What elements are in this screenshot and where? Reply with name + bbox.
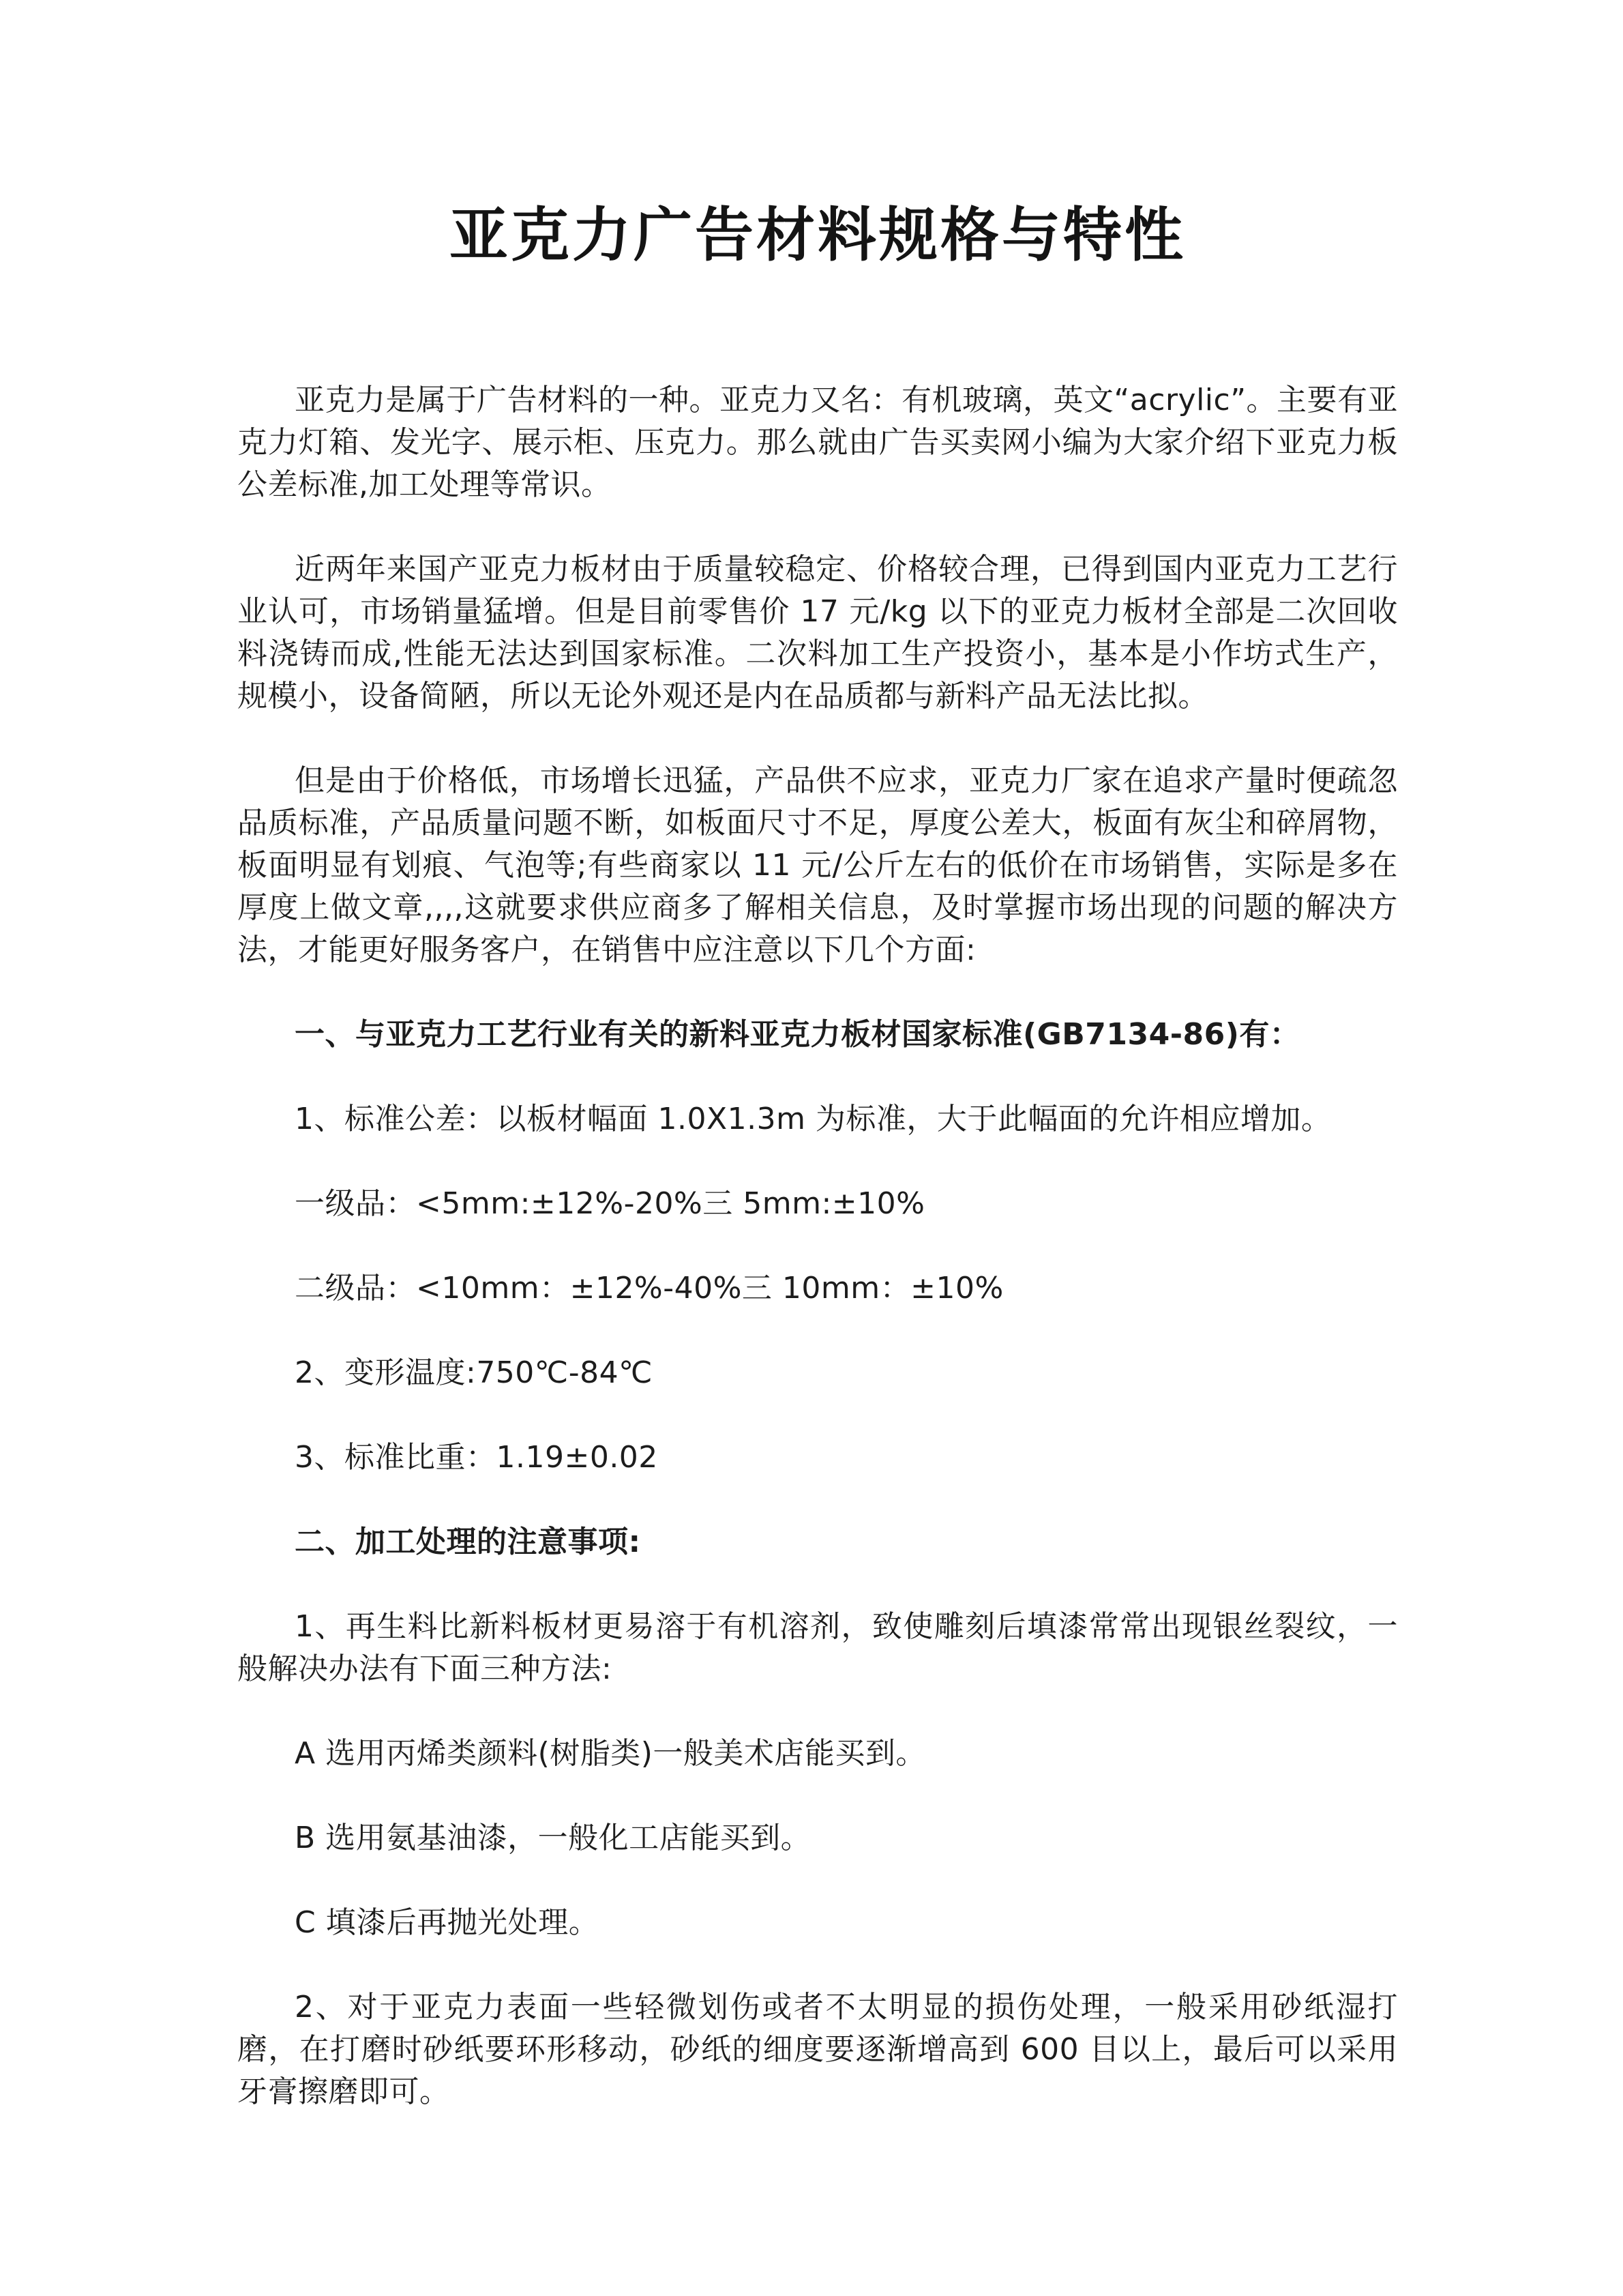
quality-issues-paragraph: 但是由于价格低，市场增长迅猛，产品供不应求，亚克力厂家在追求产量时便疏忽品质标准… <box>237 760 1398 971</box>
specific-gravity-item: 3、标准比重：1.19±0.02 <box>237 1437 1398 1479</box>
scratch-treatment-item: 2、对于亚克力表面一些轻微划伤或者不太明显的损伤处理，一般采用砂纸湿打磨，在打磨… <box>237 1986 1398 2113</box>
document-title: 亚克力广告材料规格与特性 <box>237 200 1398 270</box>
recycled-material-item: 1、再生料比新料板材更易溶于有机溶剂，致使雕刻后填漆常常出现银丝裂纹，一般解决办… <box>237 1606 1398 1690</box>
method-c-item: C 填漆后再抛光处理。 <box>237 1902 1398 1944</box>
method-a-item: A 选用丙烯类颜料(树脂类)一般美术店能买到。 <box>237 1733 1398 1775</box>
tolerance-item: 1、标准公差：以板材幅面 1.0X1.3m 为标准，大于此幅面的允许相应增加。 <box>237 1098 1398 1140</box>
method-b-item: B 选用氨基油漆，一般化工店能买到。 <box>237 1817 1398 1859</box>
intro-paragraph: 亚克力是属于广告材料的一种。亚克力又名：有机玻璃，英文“acrylic”。主要有… <box>237 379 1398 506</box>
document-page: 亚克力广告材料规格与特性 亚克力是属于广告材料的一种。亚克力又名：有机玻璃，英文… <box>0 0 1623 2296</box>
deformation-temp-item: 2、变形温度:750℃-84℃ <box>237 1352 1398 1394</box>
grade-2-spec: 二级品：<10mm：±12%-40%三 10mm：±10% <box>237 1267 1398 1310</box>
grade-1-spec: 一级品：<5mm:±12%-20%三 5mm:±10% <box>237 1183 1398 1225</box>
section-1-heading: 一、与亚克力工艺行业有关的新料亚克力板材国家标准(GB7134-86)有： <box>237 1014 1398 1056</box>
section-2-heading: 二、加工处理的注意事项: <box>237 1521 1398 1563</box>
market-paragraph: 近两年来国产亚克力板材由于质量较稳定、价格较合理，已得到国内亚克力工艺行业认可，… <box>237 548 1398 718</box>
